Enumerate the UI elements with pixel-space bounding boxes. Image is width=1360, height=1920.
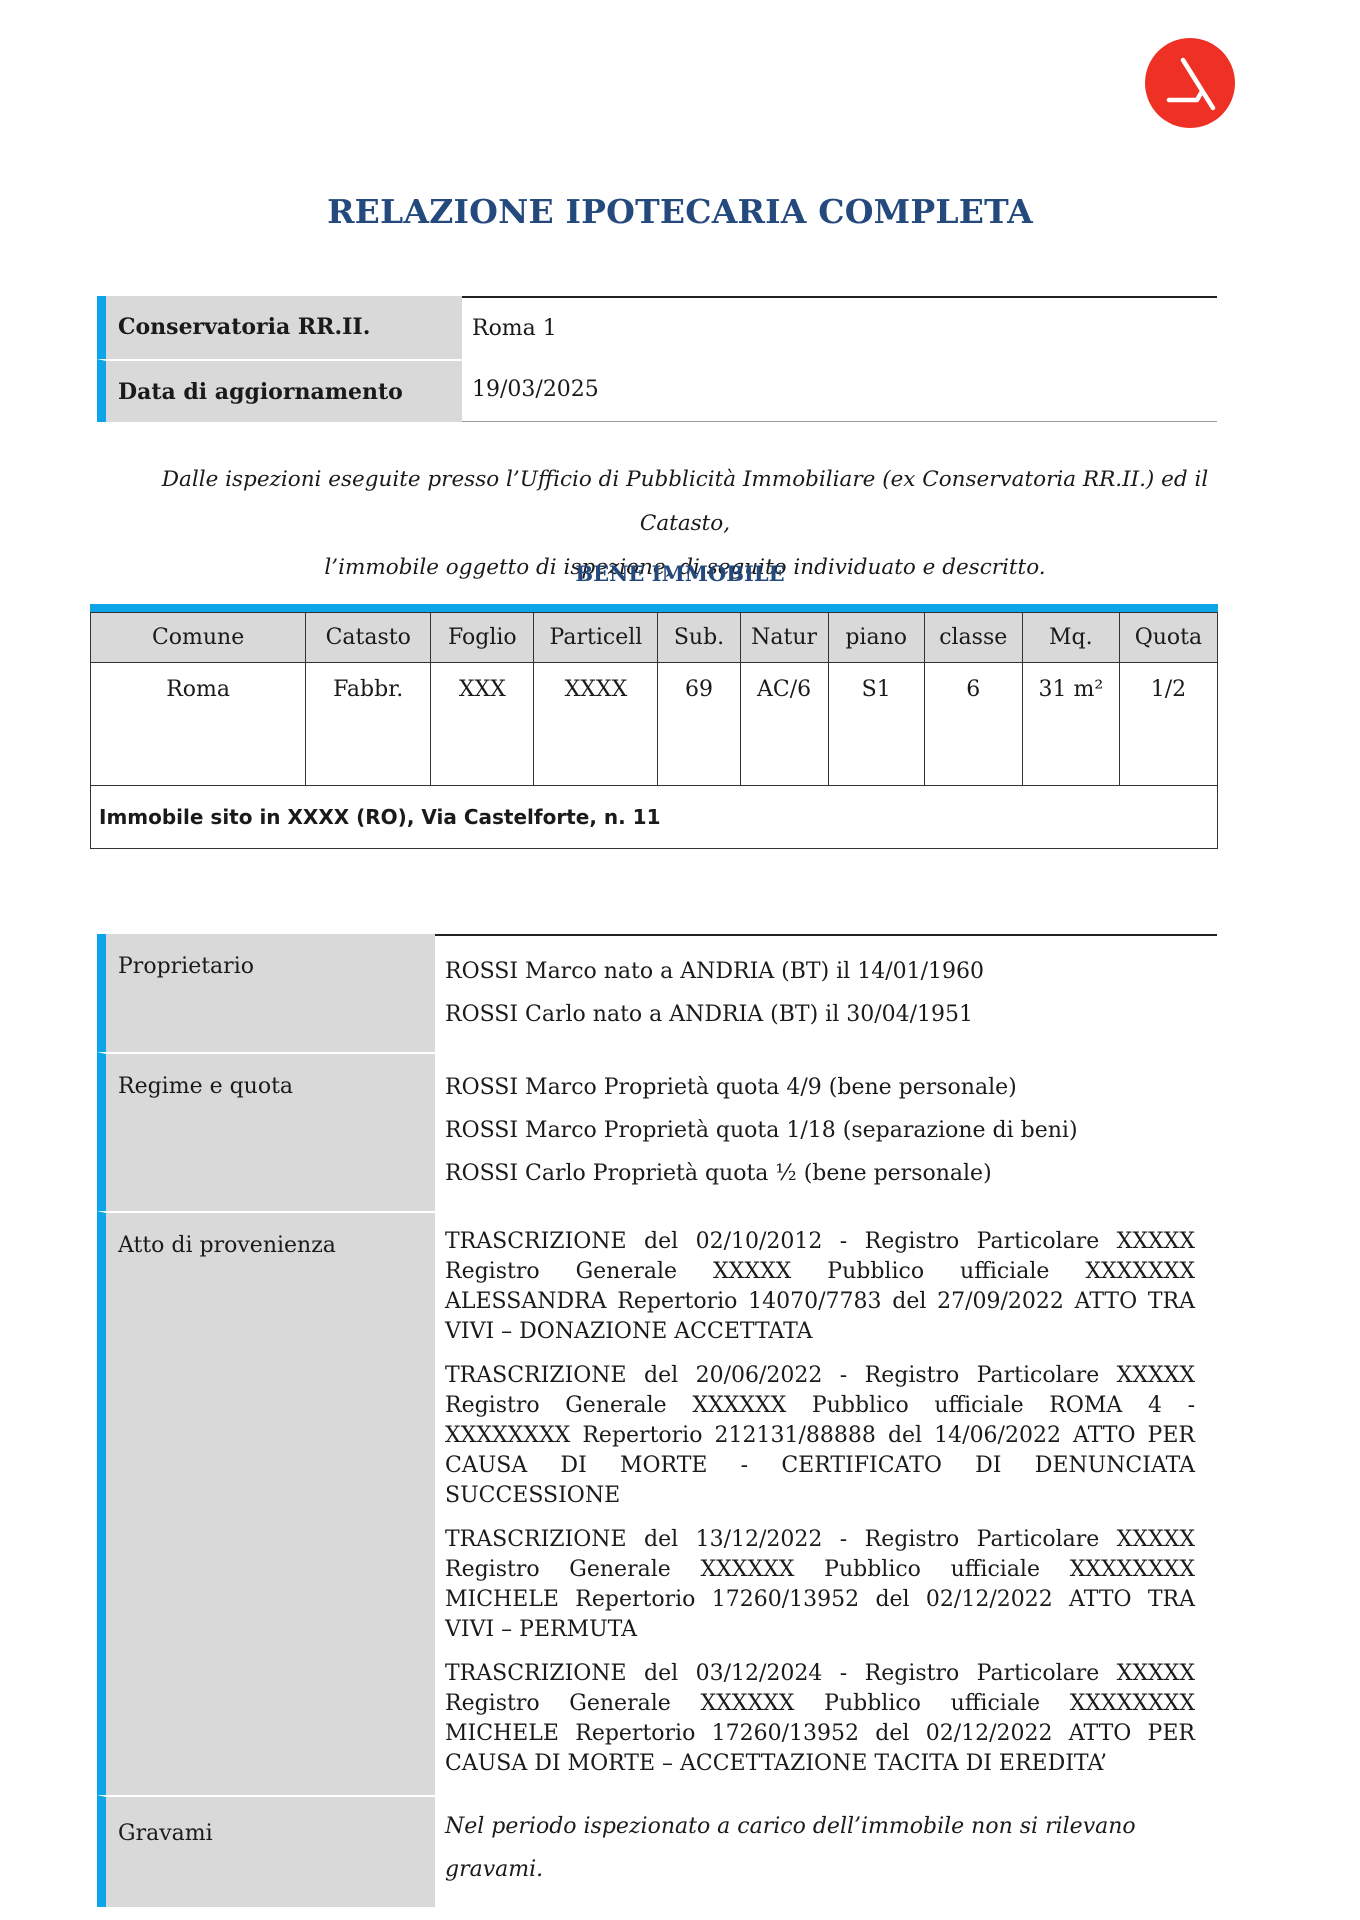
table-cell: XXX: [431, 663, 534, 786]
company-logo: [1145, 38, 1235, 128]
owner-line: ROSSI Marco nato a ANDRIA (BT) il 14/01/…: [445, 950, 1217, 993]
info-label: Data di aggiornamento: [97, 359, 462, 422]
table-cell: 1/2: [1119, 663, 1217, 786]
column-header: Sub.: [658, 613, 740, 663]
owner-line: ROSSI Carlo nato a ANDRIA (BT) il 30/04/…: [445, 993, 1217, 1036]
table-cell: Fabbr.: [306, 663, 431, 786]
column-header: Catasto: [306, 613, 431, 663]
column-header: piano: [828, 613, 924, 663]
property-table-header: ComuneCatastoFoglioParticellSub.Naturpia…: [91, 613, 1218, 663]
regime-line: ROSSI Carlo Proprietà quota ½ (bene pers…: [445, 1152, 1217, 1195]
table-cell: XXXX: [534, 663, 658, 786]
property-table: ComuneCatastoFoglioParticellSub.Naturpia…: [90, 604, 1218, 849]
column-header: Particell: [534, 613, 658, 663]
table-cell: Roma: [91, 663, 306, 786]
info-row-conservatoria: Conservatoria RR.II. Roma 1: [97, 296, 1217, 359]
info-row-update-date: Data di aggiornamento 19/03/2025: [97, 359, 1217, 422]
detail-row-provenance: Atto di provenienza TRASCRIZIONE del 02/…: [97, 1211, 1217, 1795]
detail-row-owner: Proprietario ROSSI Marco nato a ANDRIA (…: [97, 934, 1217, 1052]
detail-value: TRASCRIZIONE del 02/10/2012 - Registro P…: [435, 1211, 1217, 1795]
column-header: Quota: [1119, 613, 1217, 663]
detail-value: Nel periodo ispezionato a carico dell’im…: [435, 1795, 1217, 1907]
regime-line: ROSSI Marco Proprietà quota 1/18 (separa…: [445, 1109, 1217, 1152]
encumbrances-text: Nel periodo ispezionato a carico dell’im…: [445, 1805, 1217, 1891]
detail-label: Atto di provenienza: [97, 1211, 435, 1795]
detail-value: ROSSI Marco Proprietà quota 4/9 (bene pe…: [435, 1052, 1217, 1211]
provenance-entry: TRASCRIZIONE del 03/12/2024 - Registro P…: [445, 1659, 1217, 1779]
column-header: classe: [924, 613, 1022, 663]
detail-label: Regime e quota: [97, 1052, 435, 1211]
detail-row-encumbrances: Gravami Nel periodo ispezionato a carico…: [97, 1795, 1217, 1907]
property-address: Immobile sito in XXXX (RO), Via Castelfo…: [91, 786, 1218, 849]
table-cell: 6: [924, 663, 1022, 786]
info-label: Conservatoria RR.II.: [97, 296, 462, 359]
column-header: Comune: [91, 613, 306, 663]
column-header: Natur: [740, 613, 828, 663]
intro-line: Dalle ispezioni eseguite presso l’Uffici…: [120, 458, 1250, 546]
provenance-entry: TRASCRIZIONE del 20/06/2022 - Registro P…: [445, 1361, 1217, 1511]
table-row: RomaFabbr.XXXXXXX69AC/6S1631 m²1/2: [91, 663, 1218, 786]
regime-line: ROSSI Marco Proprietà quota 4/9 (bene pe…: [445, 1066, 1217, 1109]
detail-label: Gravami: [97, 1795, 435, 1907]
provenance-entry: TRASCRIZIONE del 02/10/2012 - Registro P…: [445, 1227, 1217, 1347]
table-cell: 69: [658, 663, 740, 786]
lambda-logo-icon: [1145, 38, 1235, 128]
column-header: Foglio: [431, 613, 534, 663]
section-heading-property: BENE IMMOBILE: [0, 561, 1360, 586]
column-header: Mq.: [1022, 613, 1119, 663]
details-table: Proprietario ROSSI Marco nato a ANDRIA (…: [97, 934, 1217, 1907]
detail-row-regime: Regime e quota ROSSI Marco Proprietà quo…: [97, 1052, 1217, 1211]
table-cell: S1: [828, 663, 924, 786]
info-value: 19/03/2025: [462, 359, 1217, 422]
document-title: RELAZIONE IPOTECARIA COMPLETA: [0, 192, 1360, 231]
info-value: Roma 1: [462, 296, 1217, 359]
header-info-table: Conservatoria RR.II. Roma 1 Data di aggi…: [97, 296, 1217, 422]
provenance-entry: TRASCRIZIONE del 13/12/2022 - Registro P…: [445, 1525, 1217, 1645]
detail-label: Proprietario: [97, 934, 435, 1052]
table-cell: 31 m²: [1022, 663, 1119, 786]
detail-value: ROSSI Marco nato a ANDRIA (BT) il 14/01/…: [435, 934, 1217, 1052]
table-cell: AC/6: [740, 663, 828, 786]
